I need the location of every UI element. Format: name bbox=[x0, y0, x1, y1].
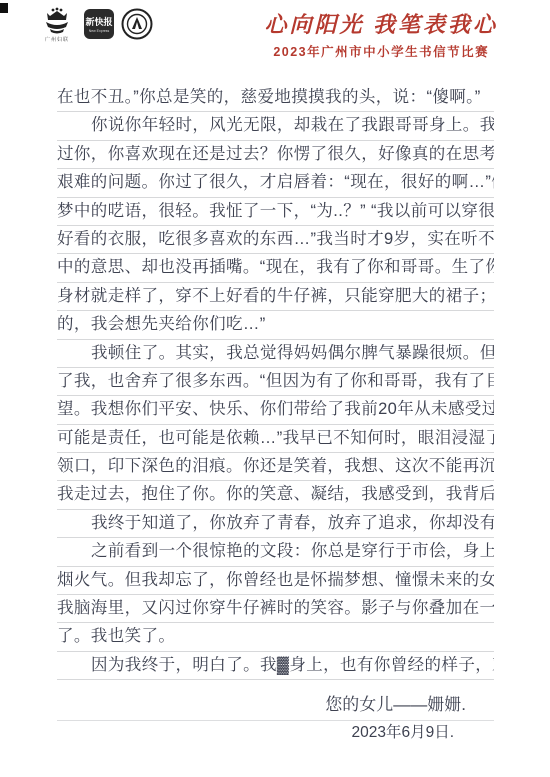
signature-line: 您的女儿——姗姗. bbox=[57, 692, 494, 720]
letter-line: 中的意思、却也没再插嘴。“现在，我有了你和哥哥。生了你们后， bbox=[57, 254, 494, 282]
new-express-label: 新快报 bbox=[85, 15, 112, 28]
letter-line: 望。我想你们平安、快乐、你们带给了我前20年从未感受过的东西， bbox=[57, 396, 494, 424]
calligraphy-slogan: 心向阳光 我笔表我心 bbox=[264, 8, 498, 39]
womens-federation-emblem-logo: 广州妇联 bbox=[37, 7, 77, 45]
letter-line: 好看的衣服，吃很多喜欢的东西…”我当时才9岁，实在听不懂其 bbox=[57, 226, 494, 254]
round-emblem-icon bbox=[121, 8, 153, 40]
letter-line: 身材就走样了，穿不上好看的牛仔裤，只能穿肥大的裙子；有好吃 bbox=[57, 283, 494, 311]
letter-page: { "colors": { "slogan_red": "#b5392e", "… bbox=[0, 0, 550, 777]
emblem-caption: 广州妇联 bbox=[45, 36, 69, 43]
slogan-block: 心向阳光 我笔表我心 2023年广州市中小学生书信节比赛 bbox=[264, 8, 498, 60]
letter-body: 在也不丑。”你总是笑的，慈爱地摸摸我的头，说：“傻啊。”你说你年轻时，风光无限，… bbox=[57, 84, 494, 747]
emblem-icon bbox=[40, 7, 74, 35]
letter-line: 了。我也笑了。 bbox=[57, 623, 494, 651]
letter-line: 我走过去，抱住了你。你的笑意、凝结，我感受到，我背后也湿了。 bbox=[57, 481, 494, 509]
letter-line: 烟火气。但我却忘了，你曾经也是怀揣梦想、憧憬未来的女孩。” bbox=[57, 567, 494, 595]
letter-line: 可能是责任，也可能是依赖…”我早已不知何时，眼泪浸湿了衣服 bbox=[57, 425, 494, 453]
letter-line: 梦中的呓语，很轻。我怔了一下，“为..？” “我以前可以穿很多 bbox=[57, 198, 494, 226]
round-emblem-logo bbox=[121, 8, 153, 40]
letter-line: 我顿住了。其实，我总觉得妈妈偶尔脾气暴躁很烦。但她为 bbox=[57, 340, 494, 368]
letter-line: 艰难的问题。你过了很久，才启唇着：“现在，很好的啊…”像 bbox=[57, 169, 494, 197]
letter-line: 在也不丑。”你总是笑的，慈爱地摸摸我的头，说：“傻啊。” bbox=[57, 84, 494, 112]
letter-line: 我终于知道了，你放弃了青春，放弃了追求，你却没有放开我。 bbox=[57, 510, 494, 538]
letter-line: 我脑海里，又闪过你穿牛仔裤时的笑容。影子与你叠加在一起，重合 bbox=[57, 595, 494, 623]
letter-line: 你说你年轻时，风光无限，却栽在了我跟哥哥身上。我问 bbox=[57, 112, 494, 140]
date-line: 2023年6月9日. bbox=[57, 721, 494, 747]
organizer-logos: 广州妇联 新快报 New Express bbox=[37, 7, 153, 45]
new-express-sublabel: New Express bbox=[89, 29, 110, 33]
competition-header: 广州妇联 新快报 New Express 心向阳光 我笔表我心 2023年广州市… bbox=[0, 0, 550, 60]
letter-line: 领口，印下深色的泪痕。你还是笑着，我想、这次不能再沉默了。 bbox=[57, 453, 494, 481]
letter-line: 过你，你喜欢现在还是过去？你愣了很久，好像真的在思考一个很 bbox=[57, 141, 494, 169]
competition-subtitle: 2023年广州市中小学生书信节比赛 bbox=[264, 42, 498, 60]
letter-line: 因为我终于，明白了。我▓身上，也有你曾经的样子，对吗？妈妈？ bbox=[57, 652, 494, 680]
letter-line: 了我，也舍弃了很多东西。“但因为有了你和哥哥，我有了目标，有了希 bbox=[57, 368, 494, 396]
new-express-logo: 新快报 New Express bbox=[84, 9, 114, 39]
letter-line: 的，我会想先夹给你们吃…” bbox=[57, 311, 494, 339]
letter-line: 之前看到一个很惊艳的文段：你总是穿行于市侩，身上染着 bbox=[57, 538, 494, 566]
